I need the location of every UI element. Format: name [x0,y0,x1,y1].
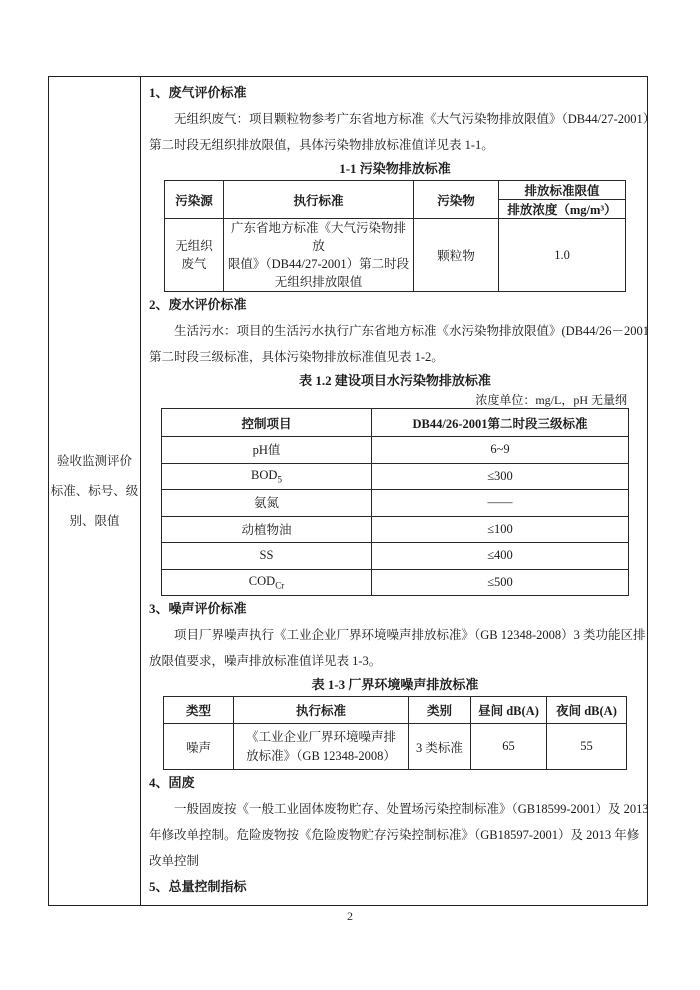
paragraph-line: 项目厂界噪声执行《工业企业厂界环境噪声排放标准》（GB 12348-2008）3… [149,622,641,648]
paragraph-line: 年修改单控制。危险废物按《危险废物贮存污染控制标准》（GB18597-2001）… [149,822,641,848]
col-header-day: 昼间 dB(A) [471,697,547,724]
cell-item: SS [162,543,372,570]
table-1-3: 类型 执行标准 类别 昼间 dB(A) 夜间 dB(A) 噪声 《工业企业厂界环… [163,696,627,770]
paragraph-line: 改单控制 [149,848,641,874]
col-header-standard: 执行标准 [234,697,409,724]
main-content: 1、废气评价标准 无组织废气：项目颗粒物参考广东省地方标准《大气污染物排放限值》… [141,77,647,905]
cell-standard: 广东省地方标准《大气污染物排放 限值》（DB44/27-2001）第二时段 无组… [224,219,414,292]
col-header-source: 污染源 [165,181,224,219]
section-2-heading: 2、废水评价标准 [149,292,641,318]
section-1-heading: 1、废气评价标准 [149,80,641,106]
cell-value: ≤400 [372,543,629,570]
paragraph-line: 第二时段无组织排放限值，具体污染物排放标准值详见表 1-1。 [149,132,641,158]
cell-night-value: 55 [547,724,627,770]
col-header-pollutant: 污染物 [414,181,499,219]
table-row: BOD5 ≤300 [162,463,629,490]
table-1-1-title: 1-1 污染物排放标准 [149,158,641,180]
table-row: 氨氮 —— [162,490,629,517]
table-1-2: 控制项目 DB44/26-2001第二时段三级标准 pH值 6~9 BOD5 ≤… [161,408,629,596]
paragraph-line: 无组织废气：项目颗粒物参考广东省地方标准《大气污染物排放限值》（DB44/27-… [149,106,641,132]
sidebar-label-text: 验收监测评价 标准、标号、级 别、限值 [51,446,139,536]
cell-value: 6~9 [372,437,629,464]
cell-value: —— [372,490,629,517]
section-3-heading: 3、噪声评价标准 [149,596,641,622]
sidebar-label-line: 验收监测评价 [51,446,139,476]
sidebar-label-line: 别、限值 [51,506,139,536]
col-header-control-item: 控制项目 [162,409,372,437]
cell-item: pH值 [162,437,372,464]
col-header-limit-sub: 排放浓度（mg/m³） [499,200,626,219]
sidebar-row-label: 验收监测评价 标准、标号、级 别、限值 [49,77,141,905]
section-4-heading: 4、固废 [149,770,641,796]
table-row: 无组织 废气 广东省地方标准《大气污染物排放 限值》（DB44/27-2001）… [165,219,626,292]
cell-value: ≤100 [372,516,629,543]
unit-note: 浓度单位：mg/L，pH 无量纲 [149,392,641,408]
table-1-3-title: 表 1-3 厂界环境噪声排放标准 [149,674,641,696]
cell-standard: 《工业企业厂界环境噪声排 放标准》（GB 12348-2008） [234,724,409,770]
paragraph-line: 放限值要求，噪声排放标准值详见表 1-3。 [149,648,641,674]
table-1-2-title: 表 1.2 建设项目水污染物排放标准 [149,370,641,392]
cell-item: 动植物油 [162,516,372,543]
sidebar-label-line: 标准、标号、级 [51,476,139,506]
paragraph-line: 生活污水：项目的生活污水执行广东省地方标准《水污染物排放限值》(DB44/26－… [149,318,641,344]
cell-pollutant: 颗粒物 [414,219,499,292]
col-header-limit-group: 排放标准限值 [499,181,626,200]
col-header-night: 夜间 dB(A) [547,697,627,724]
cell-category: 3 类标准 [409,724,471,770]
cell-value: ≤300 [372,463,629,490]
table-row: CODCr ≤500 [162,569,629,596]
table-row: 动植物油 ≤100 [162,516,629,543]
col-header-standard-grade: DB44/26-2001第二时段三级标准 [372,409,629,437]
content-frame: 验收监测评价 标准、标号、级 别、限值 1、废气评价标准 无组织废气：项目颗粒物… [48,76,648,906]
table-row: pH值 6~9 [162,437,629,464]
table-row: 噪声 《工业企业厂界环境噪声排 放标准》（GB 12348-2008） 3 类标… [164,724,627,770]
cell-item: CODCr [162,569,372,596]
col-header-standard: 执行标准 [224,181,414,219]
table-1-1: 污染源 执行标准 污染物 排放标准限值 排放浓度（mg/m³） 无组织 废气 广… [164,180,626,292]
paragraph-line: 第二时段三级标准，具体污染物排放标准值见表 1-2。 [149,344,641,370]
table-row: SS ≤400 [162,543,629,570]
cell-value: ≤500 [372,569,629,596]
cell-source: 无组织 废气 [165,219,224,292]
cell-limit: 1.0 [499,219,626,292]
cell-item: BOD5 [162,463,372,490]
paragraph-line: 一般固废按《一般工业固体废物贮存、处置场污染控制标准》（GB18599-2001… [149,796,641,822]
page-number: 2 [0,909,700,924]
col-header-type: 类型 [164,697,234,724]
col-header-category: 类别 [409,697,471,724]
cell-item: 氨氮 [162,490,372,517]
section-5-heading: 5、总量控制指标 [149,874,641,900]
cell-type: 噪声 [164,724,234,770]
document-page: 验收监测评价 标准、标号、级 别、限值 1、废气评价标准 无组织废气：项目颗粒物… [0,0,700,990]
cell-day-value: 65 [471,724,547,770]
